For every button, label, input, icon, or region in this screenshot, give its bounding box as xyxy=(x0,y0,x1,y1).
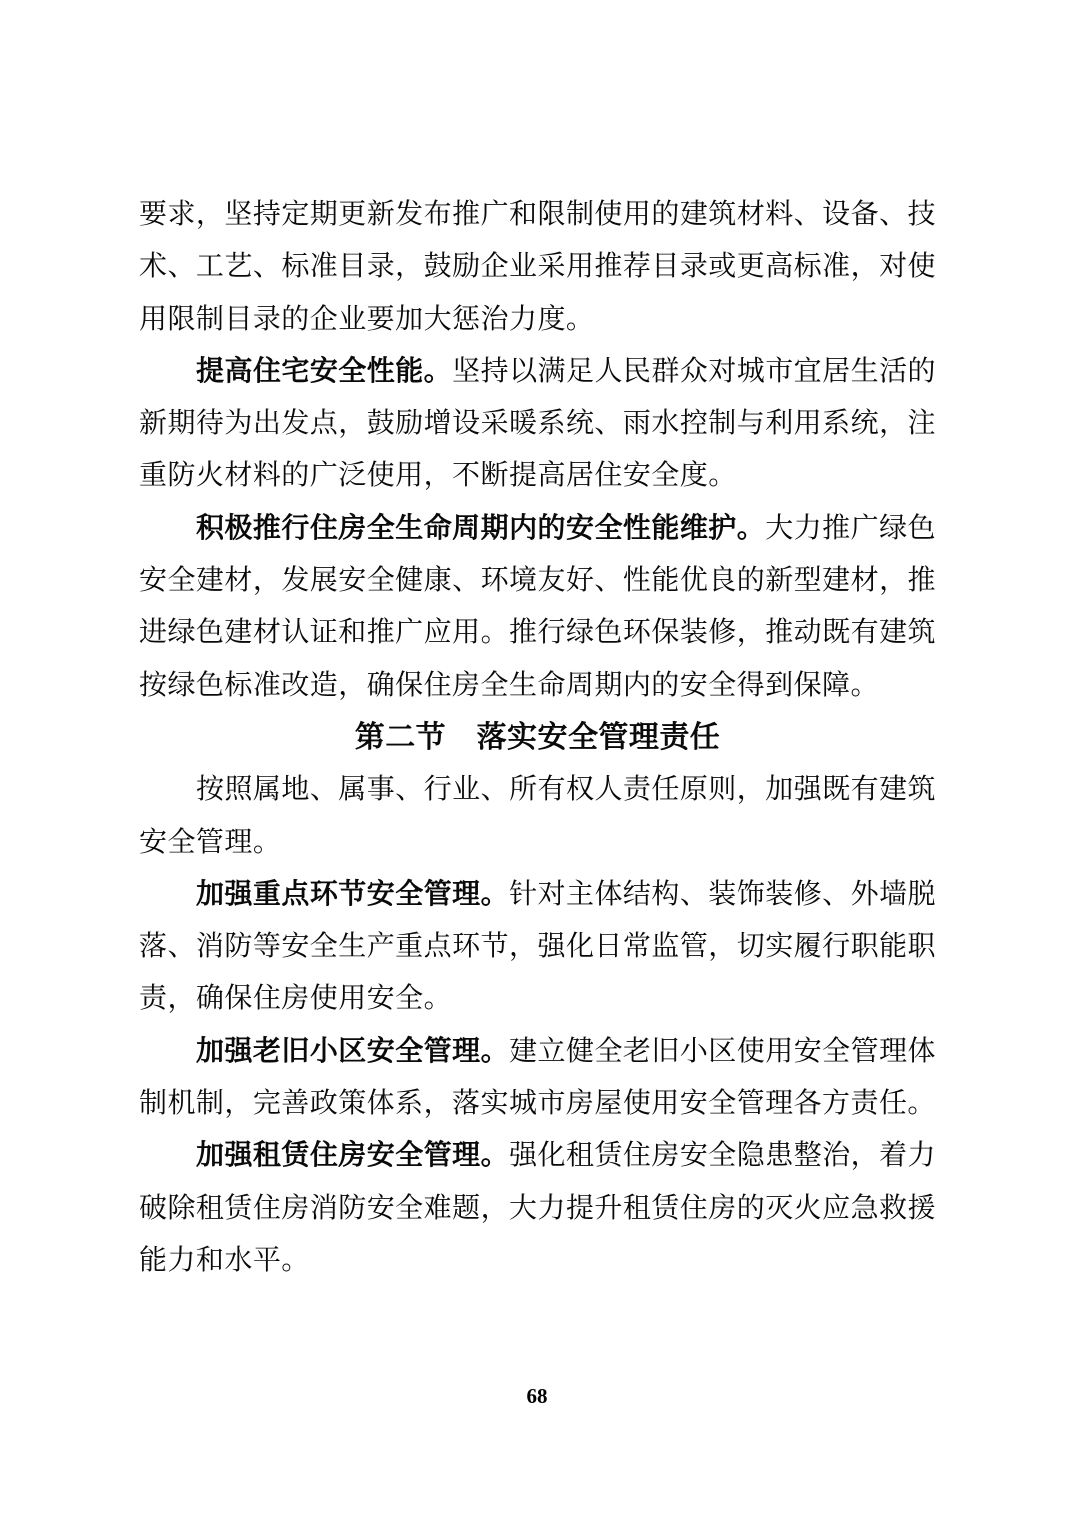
paragraph-housing-safety-performance: 提高住宅安全性能。坚持以满足人民群众对城市宜居生活的新期待为出发点，鼓励增设采暖… xyxy=(139,346,936,503)
paragraph-lifecycle-safety-maintenance: 积极推行住房全生命周期内的安全性能维护。大力推广绿色安全建材，发展安全健康、环境… xyxy=(139,503,936,712)
paragraph-lead: 加强重点环节安全管理。 xyxy=(196,879,509,910)
paragraph-text: 按照属地、属事、行业、所有权人责任原则，加强既有建筑安全管理。 xyxy=(139,774,936,857)
page-number: 68 xyxy=(0,1384,1074,1409)
paragraph-responsibility-principle: 按照属地、属事、行业、所有权人责任原则，加强既有建筑安全管理。 xyxy=(139,764,936,869)
document-content: 要求，坚持定期更新发布推广和限制使用的建筑材料、设备、技术、工艺、标准目录，鼓励… xyxy=(139,189,936,1287)
paragraph-key-link-safety-management: 加强重点环节安全管理。针对主体结构、装饰装修、外墙脱落、消防等安全生产重点环节，… xyxy=(139,869,936,1026)
section-heading: 第二节 落实安全管理责任 xyxy=(139,712,936,764)
paragraph-rental-housing-safety-management: 加强租赁住房安全管理。强化租赁住房安全隐患整治，着力破除租赁住房消防安全难题，大… xyxy=(139,1130,936,1287)
paragraph-lead: 积极推行住房全生命周期内的安全性能维护。 xyxy=(196,513,765,544)
paragraph-continuation: 要求，坚持定期更新发布推广和限制使用的建筑材料、设备、技术、工艺、标准目录，鼓励… xyxy=(139,189,936,346)
document-page: 要求，坚持定期更新发布推广和限制使用的建筑材料、设备、技术、工艺、标准目录，鼓励… xyxy=(0,0,1074,1519)
paragraph-lead: 提高住宅安全性能。 xyxy=(196,356,452,387)
paragraph-lead: 加强老旧小区安全管理。 xyxy=(196,1036,509,1067)
paragraph-lead: 加强租赁住房安全管理。 xyxy=(196,1140,509,1171)
paragraph-text: 要求，坚持定期更新发布推广和限制使用的建筑材料、设备、技术、工艺、标准目录，鼓励… xyxy=(139,199,936,335)
paragraph-old-community-safety-management: 加强老旧小区安全管理。建立健全老旧小区使用安全管理体制机制，完善政策体系，落实城… xyxy=(139,1026,936,1131)
